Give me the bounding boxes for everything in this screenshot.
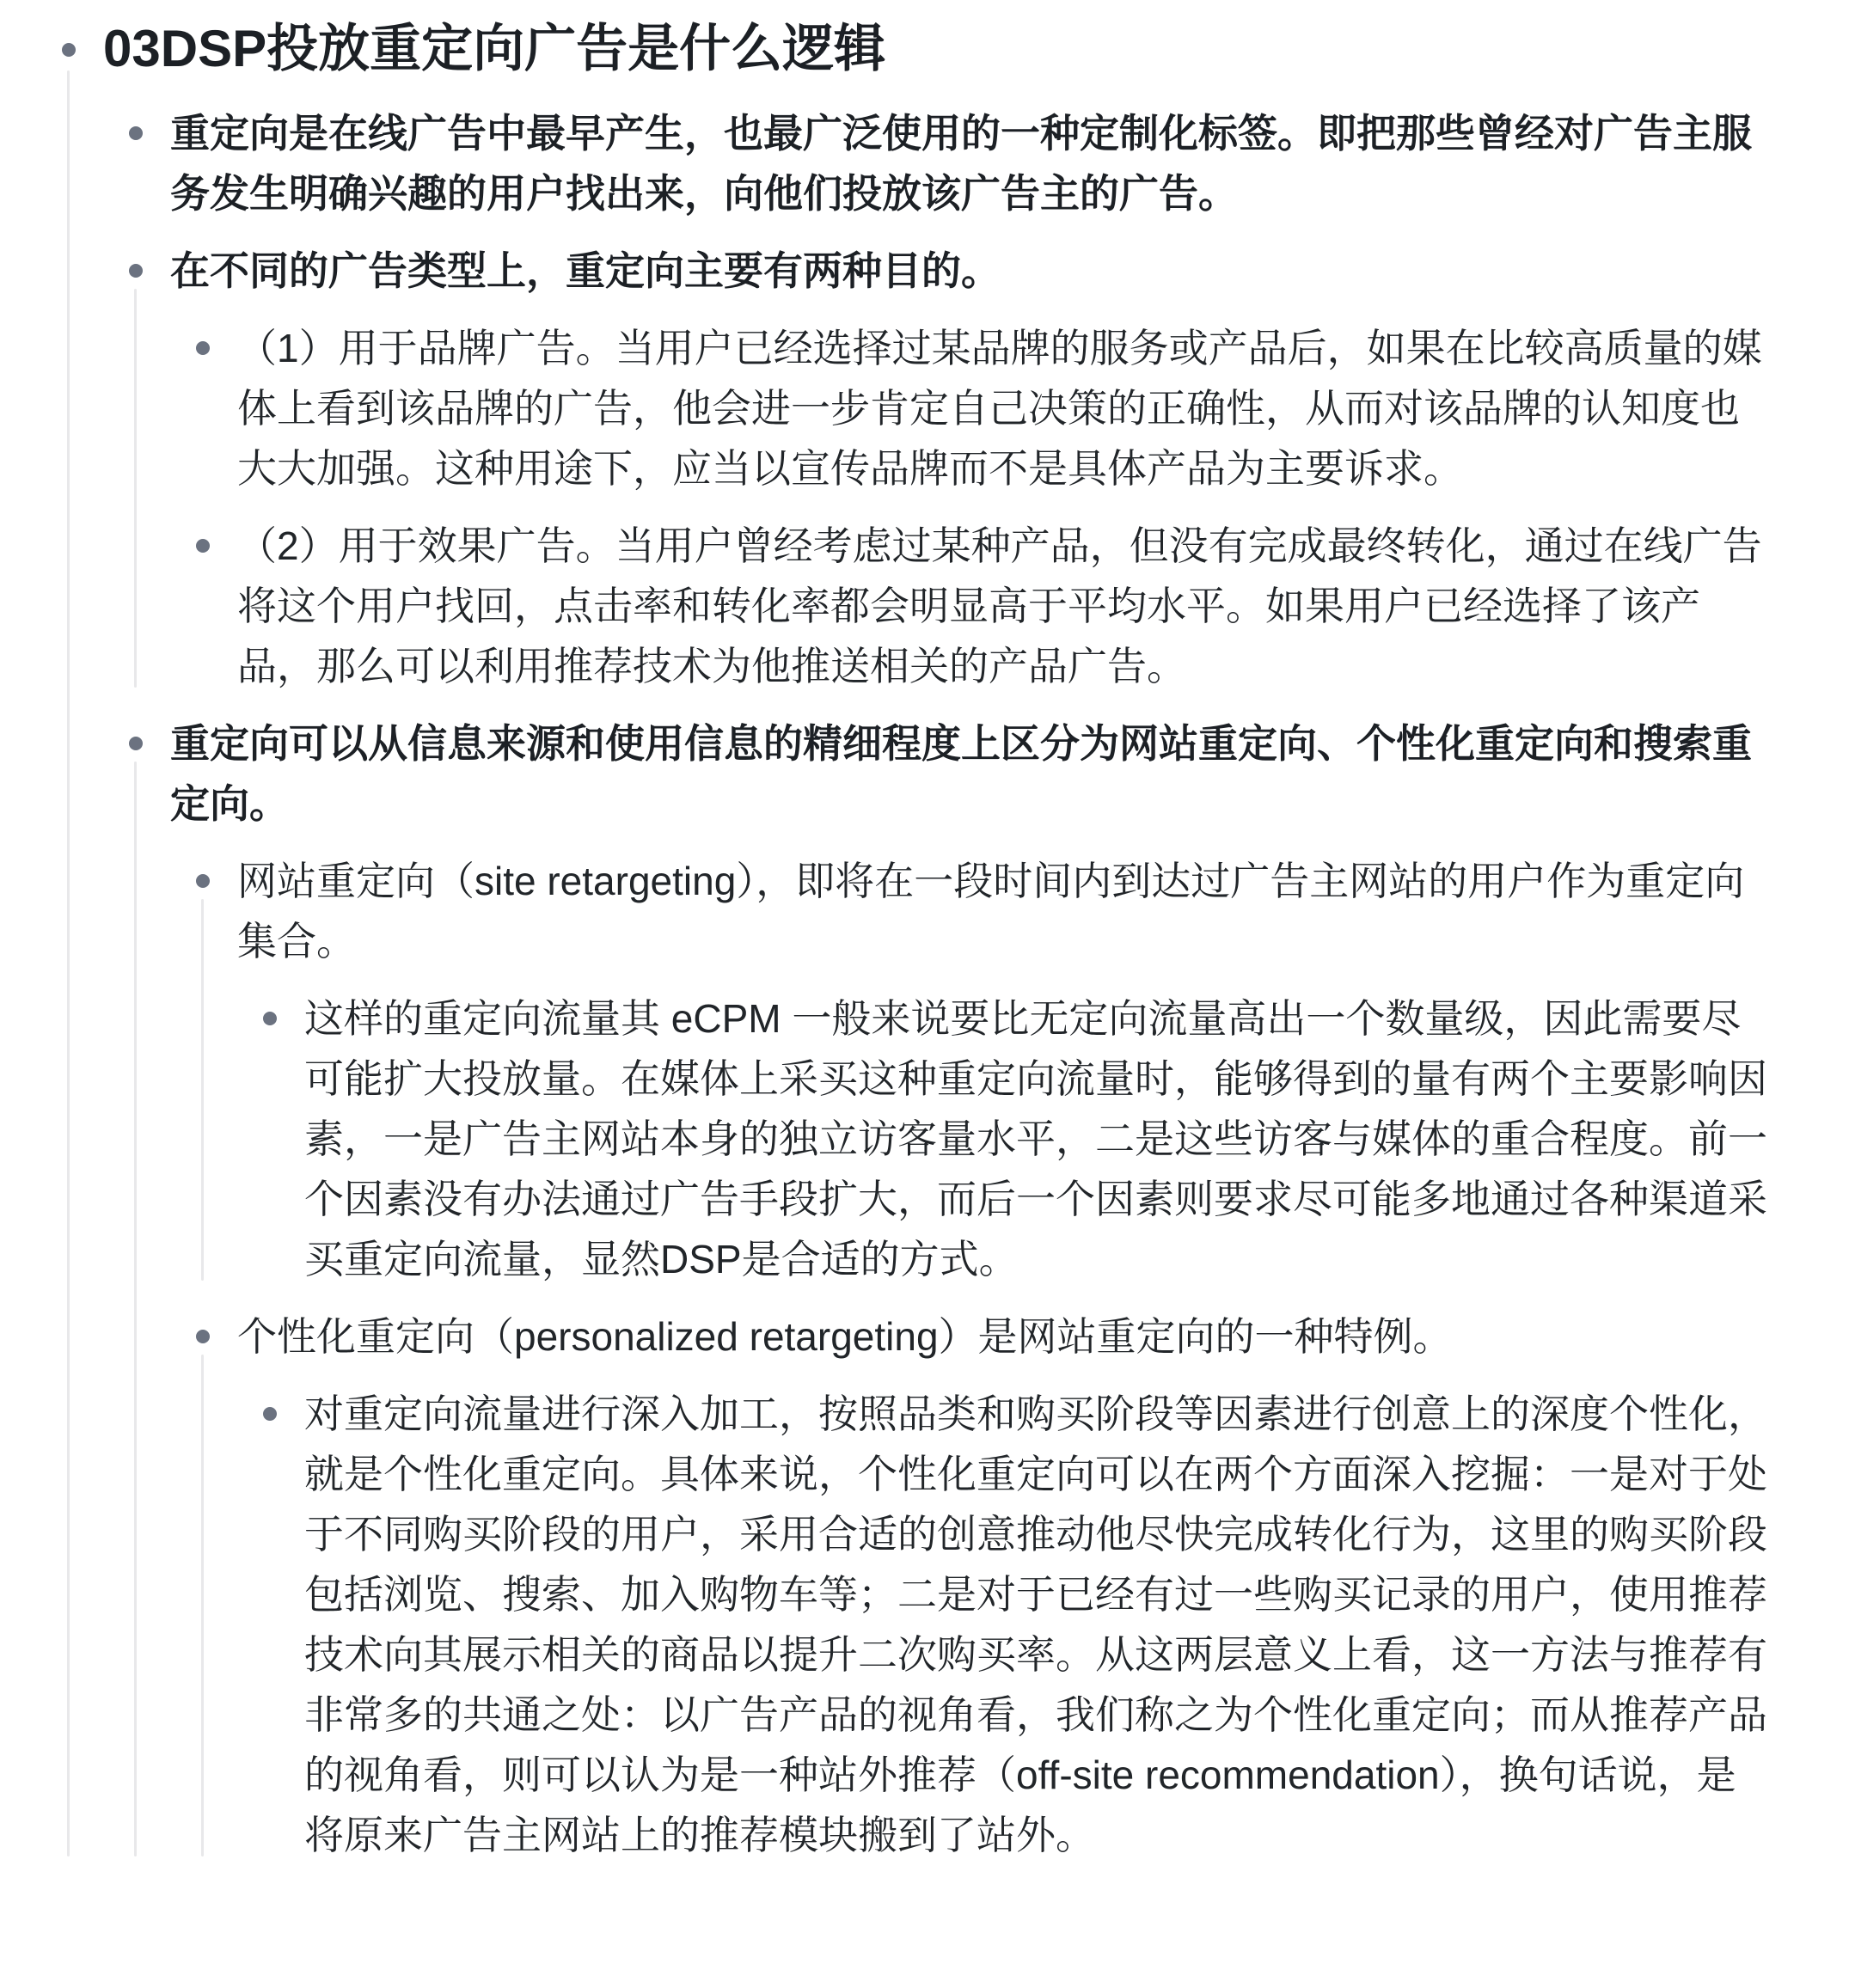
outline-row: 03DSP投放重定向广告是什么逻辑 <box>62 12 1772 86</box>
outline-row: 网站重定向（site retargeting），即将在一段时间内到达过广告主网站… <box>196 851 1772 971</box>
bullet-icon[interactable] <box>196 874 210 888</box>
bullet-icon[interactable] <box>196 1330 210 1343</box>
outline-row: （1）用于品牌广告。当用户已经选择过某品牌的服务或产品后，如果在比较高质量的媒体… <box>196 318 1772 499</box>
outline-text: 对重定向流量进行深入加工，按照品类和购买阶段等因素进行创意上的深度个性化，就是个… <box>304 1384 1772 1865</box>
outline-text: 个性化重定向（personalized retargeting）是网站重定向的一… <box>237 1306 1772 1367</box>
outline-children: 重定向是在线广告中最早产生，也最广泛使用的一种定制化标签。即把那些曾经对广告主服… <box>129 103 1772 1865</box>
outline-page: 03DSP投放重定向广告是什么逻辑 重定向是在线广告中最早产生，也最广泛使用的一… <box>0 0 1849 1988</box>
outline-node: 网站重定向（site retargeting），即将在一段时间内到达过广告主网站… <box>196 851 1772 1289</box>
indent-guide-line <box>67 70 70 1856</box>
bullet-icon[interactable] <box>196 341 210 355</box>
indent-guide-line <box>201 899 204 1281</box>
outline-node: （2）用于效果广告。当用户曾经考虑过某种产品，但没有完成最终转化，通过在线广告将… <box>196 516 1772 696</box>
outline-row: 对重定向流量进行深入加工，按照品类和购买阶段等因素进行创意上的深度个性化，就是个… <box>263 1384 1772 1865</box>
outline-node: 这样的重定向流量其 eCPM 一般来说要比无定向流量高出一个数量级，因此需要尽可… <box>263 988 1772 1289</box>
bullet-icon[interactable] <box>263 1012 277 1025</box>
outline-text: （2）用于效果广告。当用户曾经考虑过某种产品，但没有完成最终转化，通过在线广告将… <box>237 516 1772 696</box>
outline-text: 在不同的广告类型上，重定向主要有两种目的。 <box>170 241 1772 301</box>
bullet-icon[interactable] <box>196 539 210 553</box>
page-title: 03DSP投放重定向广告是什么逻辑 <box>103 12 1772 86</box>
outline-node: 对重定向流量进行深入加工，按照品类和购买阶段等因素进行创意上的深度个性化，就是个… <box>263 1384 1772 1865</box>
outline-text: 这样的重定向流量其 eCPM 一般来说要比无定向流量高出一个数量级，因此需要尽可… <box>304 988 1772 1289</box>
outline-node: 在不同的广告类型上，重定向主要有两种目的。 （1）用于品牌广告。当用户已经选择过… <box>129 241 1772 696</box>
outline-node-title: 03DSP投放重定向广告是什么逻辑 重定向是在线广告中最早产生，也最广泛使用的一… <box>62 12 1772 1865</box>
outline-node: （1）用于品牌广告。当用户已经选择过某品牌的服务或产品后，如果在比较高质量的媒体… <box>196 318 1772 499</box>
outline-text: 重定向是在线广告中最早产生，也最广泛使用的一种定制化标签。即把那些曾经对广告主服… <box>170 103 1772 223</box>
outline-row: 重定向可以从信息来源和使用信息的精细程度上区分为网站重定向、个性化重定向和搜索重… <box>129 713 1772 834</box>
outline-row: 这样的重定向流量其 eCPM 一般来说要比无定向流量高出一个数量级，因此需要尽可… <box>263 988 1772 1289</box>
outline-row: 在不同的广告类型上，重定向主要有两种目的。 <box>129 241 1772 301</box>
outline-row: （2）用于效果广告。当用户曾经考虑过某种产品，但没有完成最终转化，通过在线广告将… <box>196 516 1772 696</box>
indent-guide-line <box>134 289 137 688</box>
bullet-icon[interactable] <box>129 737 143 750</box>
outline-node: 个性化重定向（personalized retargeting）是网站重定向的一… <box>196 1306 1772 1865</box>
indent-guide-line <box>201 1355 204 1856</box>
bullet-icon[interactable] <box>263 1407 277 1421</box>
outline-children: 网站重定向（site retargeting），即将在一段时间内到达过广告主网站… <box>196 851 1772 1865</box>
outline-text: 重定向可以从信息来源和使用信息的精细程度上区分为网站重定向、个性化重定向和搜索重… <box>170 713 1772 834</box>
outline-node: 重定向可以从信息来源和使用信息的精细程度上区分为网站重定向、个性化重定向和搜索重… <box>129 713 1772 1865</box>
outline-children: 这样的重定向流量其 eCPM 一般来说要比无定向流量高出一个数量级，因此需要尽可… <box>263 988 1772 1289</box>
outline-node: 重定向是在线广告中最早产生，也最广泛使用的一种定制化标签。即把那些曾经对广告主服… <box>129 103 1772 223</box>
outline-text: 网站重定向（site retargeting），即将在一段时间内到达过广告主网站… <box>237 851 1772 971</box>
outline-children: 对重定向流量进行深入加工，按照品类和购买阶段等因素进行创意上的深度个性化，就是个… <box>263 1384 1772 1865</box>
outline-children: （1）用于品牌广告。当用户已经选择过某品牌的服务或产品后，如果在比较高质量的媒体… <box>196 318 1772 696</box>
outline-row: 重定向是在线广告中最早产生，也最广泛使用的一种定制化标签。即把那些曾经对广告主服… <box>129 103 1772 223</box>
bullet-icon[interactable] <box>129 126 143 140</box>
outline-row: 个性化重定向（personalized retargeting）是网站重定向的一… <box>196 1306 1772 1367</box>
bullet-icon[interactable] <box>62 43 76 57</box>
outline-text: （1）用于品牌广告。当用户已经选择过某品牌的服务或产品后，如果在比较高质量的媒体… <box>237 318 1772 499</box>
bullet-icon[interactable] <box>129 264 143 278</box>
indent-guide-line <box>134 762 137 1856</box>
